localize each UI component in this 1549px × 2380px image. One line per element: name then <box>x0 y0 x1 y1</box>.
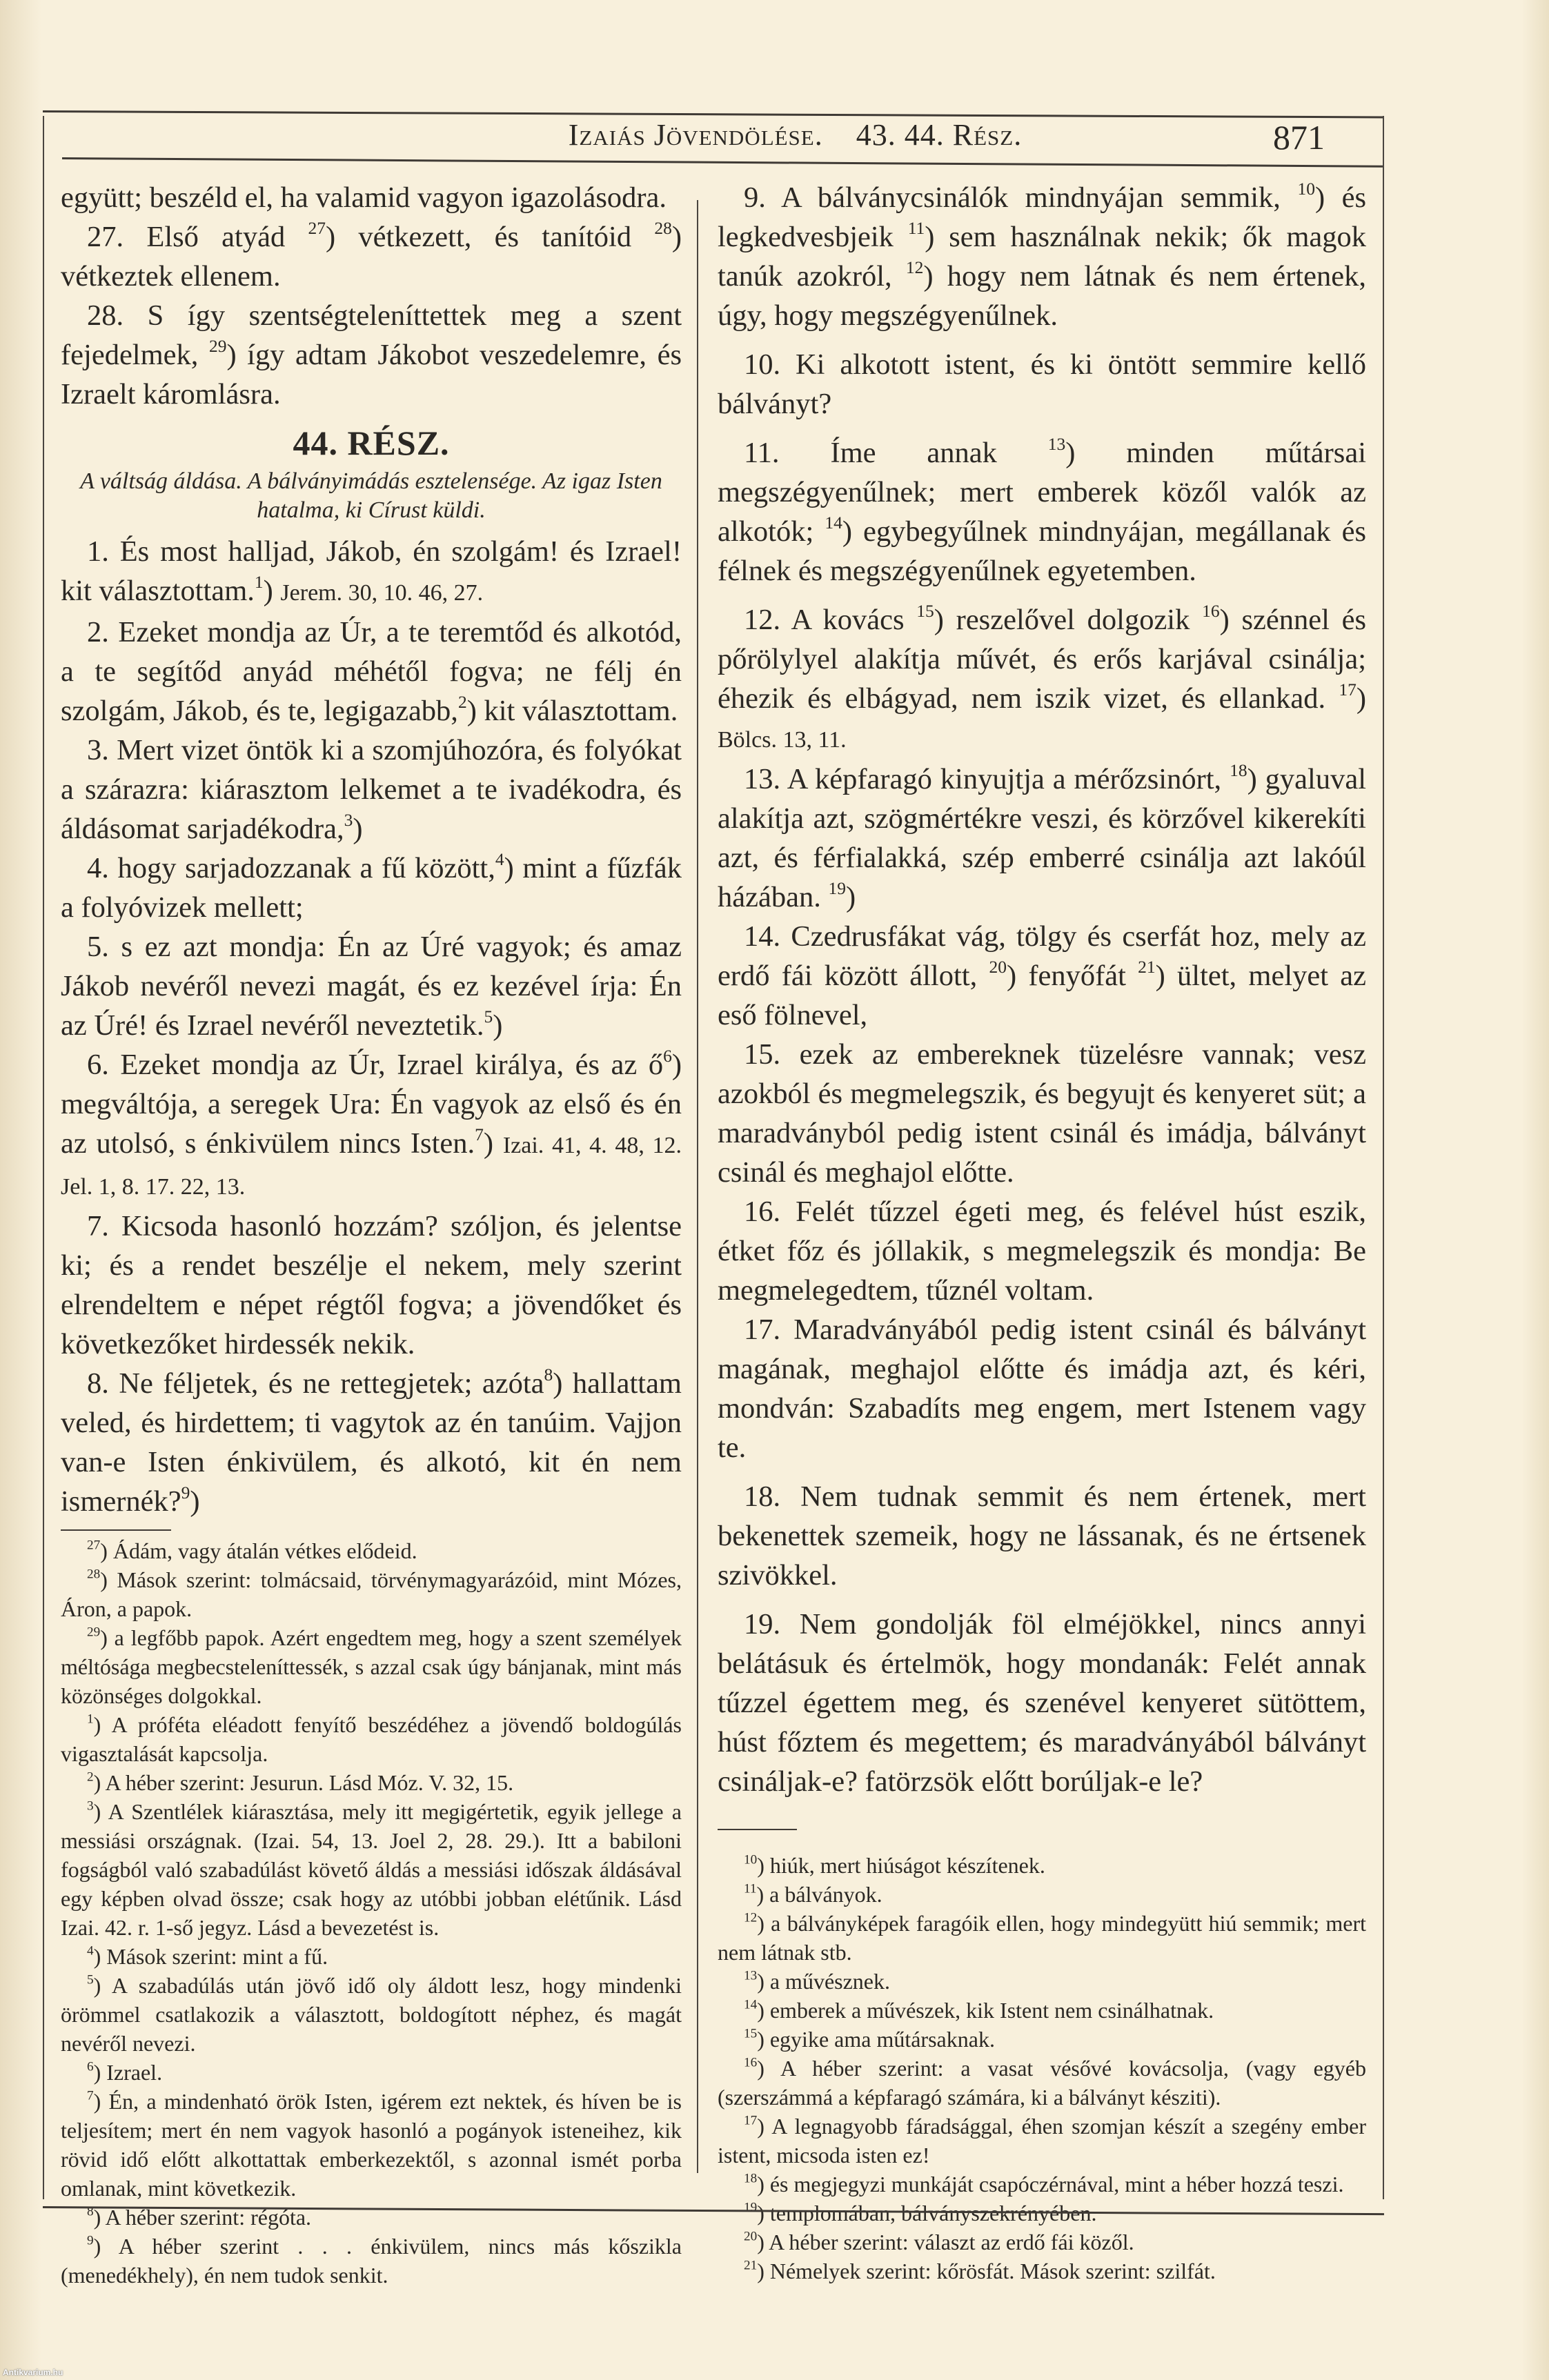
verse-10: 10. Ki alkotott istent, és ki öntött sem… <box>718 345 1366 424</box>
verse-11: 11. Íme annak 13) minden műtársai megszé… <box>718 433 1366 591</box>
verse-4: 4. hogy sarjadozzanak a fű között,4) min… <box>61 849 682 927</box>
footnote-ref[interactable]: 29 <box>209 336 227 356</box>
footnote-ref[interactable]: 8 <box>544 1365 553 1385</box>
page-edge-shadow <box>1521 0 1549 2380</box>
footnote-ref[interactable]: 13 <box>1048 434 1066 454</box>
footnote-ref[interactable]: 19 <box>828 878 846 898</box>
verse-19: 19. Nem gondolják föl elméjökkel, nincs … <box>718 1605 1366 1801</box>
footnote: 14) emberek a művészek, kik Istent nem c… <box>718 1996 1366 2025</box>
verse-15: 15. ezek az embereknek tüzelésre vannak;… <box>718 1035 1366 1192</box>
footnote-ref[interactable]: 6 <box>663 1046 672 1066</box>
verse-8: 8. Ne féljetek, és ne rettegjetek; azóta… <box>61 1364 682 1521</box>
footnote: 3) A Szentlélek kiárasztása, mely itt me… <box>61 1797 682 1942</box>
verse-16: 16. Felét tűzzel égeti meg, és felével h… <box>718 1192 1366 1310</box>
page-number: 871 <box>1273 117 1325 157</box>
footnote-ref[interactable]: 17 <box>1339 680 1356 700</box>
right-column: 9. A bálványcsinálók mindnyájan semmik, … <box>718 178 1366 2285</box>
footnote: 10) hiúk, mert hiúságot készítenek. <box>718 1851 1366 1880</box>
footnotes-right: 10) hiúk, mert hiúságot készítenek. 11) … <box>718 1851 1366 2285</box>
footnote-ref[interactable]: 11 <box>908 218 925 238</box>
continuation-text: együtt; beszéld el, ha valamid vagyon ig… <box>61 178 682 217</box>
verse-9: 9. A bálványcsinálók mindnyájan semmik, … <box>718 178 1366 335</box>
verse-14: 14. Czedrusfákat vág, tölgy és cserfát h… <box>718 917 1366 1035</box>
verse-5: 5. s ez azt mondja: Én az Úré vagyok; és… <box>61 927 682 1045</box>
footnote: 20) A héber szerint: választ az erdő fái… <box>718 2228 1366 2257</box>
footnote: 2) A héber szerint: Jesurun. Lásd Móz. V… <box>61 1768 682 1797</box>
footnote-ref[interactable]: 7 <box>475 1124 484 1144</box>
footnote: 1) A próféta eléadott fenyítő beszédéhez… <box>61 1710 682 1768</box>
running-head-book: Izaiás Jövendölése. <box>569 118 823 152</box>
chapter-title: 44. RÉSZ. <box>61 424 682 463</box>
left-column: együtt; beszéld el, ha valamid vagyon ig… <box>61 178 682 2290</box>
chapter-summary: A váltság áldása. A bálványimádás esztel… <box>61 467 682 525</box>
footnote-ref[interactable]: 18 <box>1230 760 1247 780</box>
footnote: 13) a művésznek. <box>718 1967 1366 1996</box>
footnote: 11) a bálványok. <box>718 1880 1366 1909</box>
running-head-chapters: 43. 44. Rész. <box>856 118 1022 152</box>
cross-reference: Jerem. 30, 10. 46, 27. <box>280 580 483 606</box>
footnote: 15) egyike ama műtársaknak. <box>718 2025 1366 2054</box>
verse-3: 3. Mert vizet öntök ki a szomjúhozóra, é… <box>61 731 682 849</box>
footnote-ref[interactable]: 2 <box>458 692 467 712</box>
verse-2: 2. Ezeket mondja az Úr, a te teremtőd és… <box>61 613 682 731</box>
watermark: Antikvarium.hu <box>3 2368 63 2377</box>
column-divider <box>697 200 698 2173</box>
verse-6: 6. Ezeket mondja az Úr, Izrael királya, … <box>61 1045 682 1207</box>
footnote: 18) és megjegyzi munkáját csapóczérnával… <box>718 2170 1366 2199</box>
footnote: 21) Némelyek szerint: kőrösfát. Mások sz… <box>718 2257 1366 2285</box>
verse-18: 18. Nem tudnak semmit és nem értenek, me… <box>718 1477 1366 1595</box>
footnote-ref[interactable]: 3 <box>344 810 353 830</box>
footnote-ref[interactable]: 28 <box>654 218 672 238</box>
verse-13: 13. A képfaragó kinyujtja a mérőzsinórt,… <box>718 760 1366 917</box>
footnote: 4) Mások szerint: mint a fű. <box>61 1942 682 1971</box>
footnote: 29) a legfőbb papok. Azért engedtem meg,… <box>61 1623 682 1710</box>
footnote-ref[interactable]: 1 <box>255 572 264 592</box>
footnote-ref[interactable]: 9 <box>181 1482 190 1503</box>
footnote-ref[interactable]: 20 <box>989 957 1007 977</box>
footnote: 12) a bálványképek faragóik ellen, hogy … <box>718 1909 1366 1967</box>
page-binding-shadow <box>0 0 41 2380</box>
footnote-ref[interactable]: 5 <box>484 1006 493 1027</box>
footnote-rule <box>718 1829 797 1830</box>
footnote-ref[interactable]: 12 <box>906 257 924 277</box>
cross-reference: Bölcs. 13, 11. <box>718 727 847 753</box>
footnote-ref[interactable]: 21 <box>1138 957 1156 977</box>
verse-1: 1. És most halljad, Jákob, én szolgám! é… <box>61 532 682 613</box>
footnote-ref[interactable]: 15 <box>916 601 934 621</box>
footnote: 27) Ádám, vagy átalán vétkes elődeid. <box>61 1536 682 1565</box>
footnote-rule <box>61 1529 171 1531</box>
verse-28: 28. S így szentségteleníttettek meg a sz… <box>61 296 682 414</box>
footnote: 5) A szabadúlás után jövő idő oly áldott… <box>61 1971 682 2058</box>
verse-17: 17. Maradványából pedig istent csinál és… <box>718 1310 1366 1467</box>
footnote: 9) A héber szerint . . . énkivülem, ninc… <box>61 2232 682 2290</box>
footnote: 7) Én, a mindenható örök Isten, igérem e… <box>61 2087 682 2203</box>
footnote-ref[interactable]: 16 <box>1202 601 1220 621</box>
verse-27: 27. Első atyád 27) vétkezett, és tanítói… <box>61 217 682 296</box>
footnote-ref[interactable]: 27 <box>308 218 326 238</box>
footnote: 28) Mások szerint: tolmácsaid, törvényma… <box>61 1565 682 1623</box>
footnotes-left: 27) Ádám, vagy átalán vétkes elődeid. 28… <box>61 1536 682 2290</box>
footnote: 6) Izrael. <box>61 2058 682 2087</box>
footnote-ref[interactable]: 14 <box>825 513 842 533</box>
verse-7: 7. Kicsoda hasonló hozzám? szóljon, és j… <box>61 1207 682 1364</box>
footnote: 17) A legnagyobb fáradsággal, éhen szomj… <box>718 2112 1366 2170</box>
footnote-ref[interactable]: 4 <box>495 849 504 869</box>
footnote: 16) A héber szerint: a vasat vésővé ková… <box>718 2054 1366 2112</box>
footnote-ref[interactable]: 10 <box>1297 179 1315 199</box>
verse-12: 12. A kovács 15) reszelővel dolgozik 16)… <box>718 600 1366 760</box>
